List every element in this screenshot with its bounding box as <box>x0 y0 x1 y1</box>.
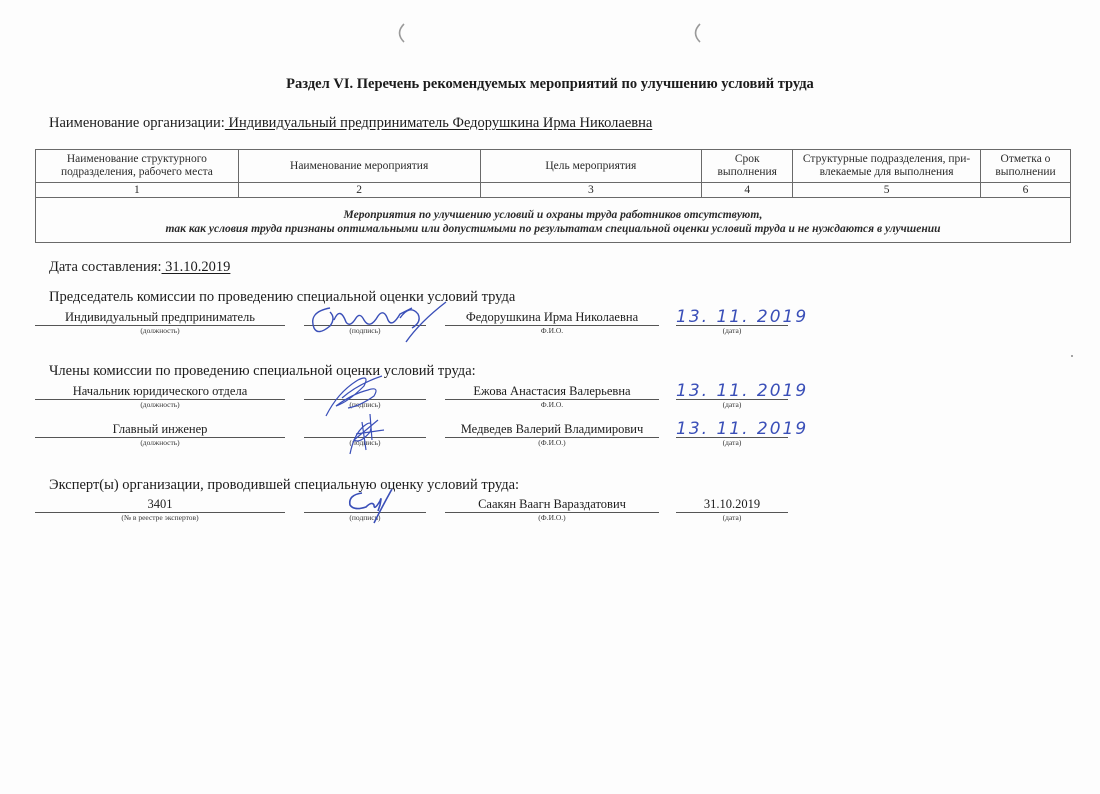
col-header-departments: Структурные подразделения, при-влекаемые… <box>793 150 981 183</box>
col-number: 1 <box>36 183 239 198</box>
compilation-date-label: Дата составления: <box>49 259 162 275</box>
member-date-field: 13. 11. 2019 (дата) <box>676 422 788 448</box>
expert-signature-row: 3401 (№ в реестре экспертов) (подпись) С… <box>0 497 1100 527</box>
col-number: 4 <box>702 183 793 198</box>
member-date-field: 13. 11. 2019 (дата) <box>676 384 788 410</box>
chairman-name: Федорушкина Ирма Николаевна <box>445 310 659 326</box>
measures-table: Наименование структурного подразделения,… <box>35 149 1071 243</box>
organization-line: Наименование организации: Индивидуальный… <box>49 115 652 132</box>
member-position-field: Начальник юридического отдела (должность… <box>35 384 285 410</box>
member-name-field: Медведев Валерий Владимирович (Ф.И.О.) <box>445 422 659 448</box>
expert-date: 31.10.2019 <box>676 497 788 513</box>
member-name: Ежова Анастасия Валерьевна <box>445 384 659 400</box>
chairman-date-handwritten: 13. 11. 2019 <box>676 310 788 326</box>
member-position-field: Главный инженер (должность) <box>35 422 285 448</box>
document-title: Раздел VI. Перечень рекомендуемых меропр… <box>0 76 1100 93</box>
name-caption: (Ф.И.О.) <box>445 513 659 523</box>
col-header-goal: Цель мероприятия <box>480 150 702 183</box>
position-caption: (должность) <box>35 326 285 336</box>
members-heading: Члены комиссии по проведению специальной… <box>49 363 476 380</box>
column-number-row: 1 2 3 4 5 6 <box>36 183 1071 198</box>
expert-name: Саакян Ваагн Вараздатович <box>445 497 659 513</box>
organization-value: Индивидуальный предприниматель Федорушки… <box>225 115 652 131</box>
date-caption: (дата) <box>676 513 788 523</box>
member-signature-row: Главный инженер (должность) (подпись) Ме… <box>0 422 1100 452</box>
table-note-line-1: Мероприятия по улучшению условий и охран… <box>39 208 1067 222</box>
table-note-line-2: так как условия труда признаны оптимальн… <box>39 222 1067 236</box>
compilation-date-line: Дата составления: 31.10.2019 <box>49 259 230 276</box>
expert-name-field: Саакян Ваагн Вараздатович (Ф.И.О.) <box>445 497 659 523</box>
col-number: 3 <box>480 183 702 198</box>
chairman-position-field: Индивидуальный предприниматель (должност… <box>35 310 285 336</box>
chairman-signature-icon <box>300 298 450 346</box>
member-position: Начальник юридического отдела <box>35 384 285 400</box>
col-header-workplace: Наименование структурного подразделения,… <box>36 150 239 183</box>
chairman-date-field: 13. 11. 2019 (дата) <box>676 310 788 336</box>
member-signature-row: Начальник юридического отдела (должность… <box>0 384 1100 414</box>
name-caption: Ф.И.О. <box>445 326 659 336</box>
member-2-signature-icon <box>340 410 390 458</box>
col-header-measure: Наименование мероприятия <box>238 150 480 183</box>
organization-label: Наименование организации: <box>49 115 225 131</box>
table-note: Мероприятия по улучшению условий и охран… <box>36 198 1071 243</box>
position-caption: (должность) <box>35 438 285 448</box>
expert-date-field: 31.10.2019 (дата) <box>676 497 788 523</box>
chairman-position: Индивидуальный предприниматель <box>35 310 285 326</box>
member-date-handwritten: 13. 11. 2019 <box>676 384 788 400</box>
col-header-completion-mark: Отметка о выполнении <box>981 150 1071 183</box>
punch-hole-mark-left <box>393 22 409 44</box>
name-caption: (Ф.И.О.) <box>445 438 659 448</box>
table-note-row: Мероприятия по улучшению условий и охран… <box>36 198 1071 243</box>
member-name-field: Ежова Анастасия Валерьевна Ф.И.О. <box>445 384 659 410</box>
expert-heading: Эксперт(ы) организации, проводившей спец… <box>49 477 519 494</box>
punch-hole-mark-right <box>689 22 705 44</box>
registry-caption: (№ в реестре экспертов) <box>35 513 285 523</box>
chairman-signature-row: Индивидуальный предприниматель (должност… <box>0 310 1100 340</box>
chairman-name-field: Федорушкина Ирма Николаевна Ф.И.О. <box>445 310 659 336</box>
expert-signature-icon <box>344 487 394 525</box>
expert-registry-field: 3401 (№ в реестре экспертов) <box>35 497 285 523</box>
date-caption: (дата) <box>676 326 788 336</box>
col-number: 5 <box>793 183 981 198</box>
compilation-date-value: 31.10.2019 <box>162 259 231 275</box>
member-date-handwritten: 13. 11. 2019 <box>676 422 788 438</box>
member-name: Медведев Валерий Владимирович <box>445 422 659 438</box>
table-header-row: Наименование структурного подразделения,… <box>36 150 1071 183</box>
date-caption: (дата) <box>676 400 788 410</box>
member-position: Главный инженер <box>35 422 285 438</box>
expert-registry-number: 3401 <box>35 497 285 513</box>
col-header-deadline: Срок выполнения <box>702 150 793 183</box>
name-caption: Ф.И.О. <box>445 400 659 410</box>
scan-speck <box>1071 355 1073 357</box>
col-number: 6 <box>981 183 1071 198</box>
date-caption: (дата) <box>676 438 788 448</box>
col-number: 2 <box>238 183 480 198</box>
position-caption: (должность) <box>35 400 285 410</box>
